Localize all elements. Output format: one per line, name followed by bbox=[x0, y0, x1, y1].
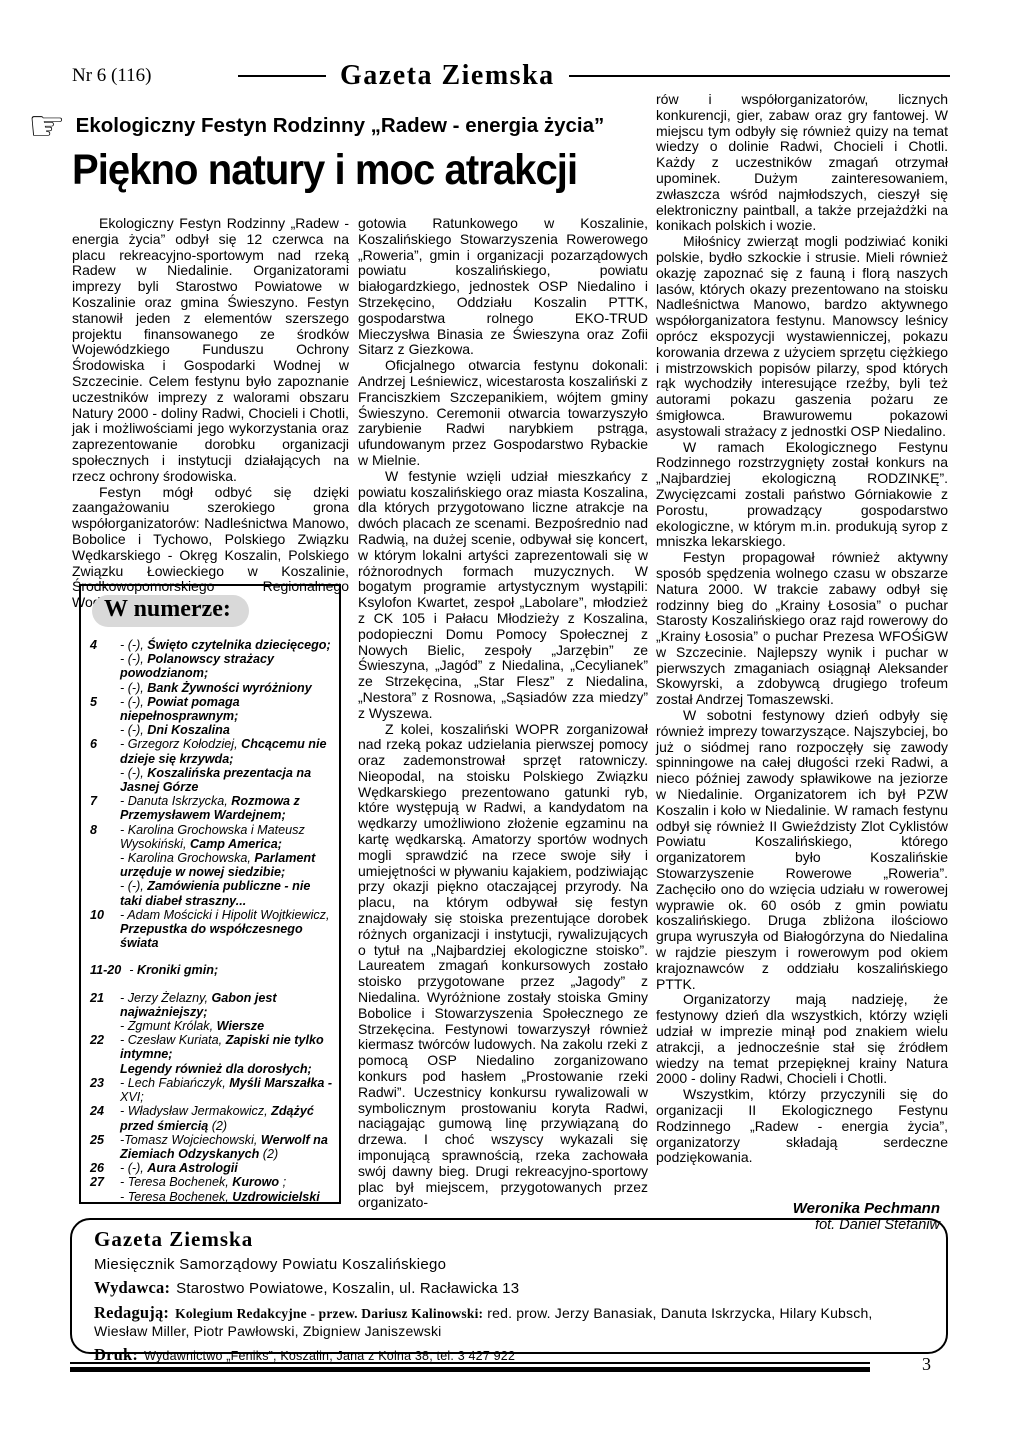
page-number: 3 bbox=[922, 1354, 931, 1375]
article-byline: Weronika Pechmann bbox=[656, 1200, 948, 1217]
toc-entry: - (-), Zamówienia publiczne - nie taki d… bbox=[90, 879, 333, 907]
toc-page-number: 21 bbox=[90, 991, 120, 1019]
toc-entry: - (-), Bank Żywności wyróżniony bbox=[90, 681, 333, 695]
toc-article-title: Bank Żywności wyróżniony bbox=[147, 681, 311, 695]
toc-entry: 8 - Karolina Grochowska i Mateusz Wysoki… bbox=[90, 823, 333, 851]
masthead-rule-right bbox=[569, 75, 950, 77]
toc-entry-text: Legendy również dla dorosłych; bbox=[120, 1062, 333, 1076]
toc-article-title: Kroniki gmin; bbox=[137, 963, 218, 977]
bottom-rule bbox=[70, 1362, 870, 1372]
toc-page-number bbox=[90, 851, 120, 879]
toc-page-number: 23 bbox=[90, 1076, 120, 1104]
toc-entry-text: - (-), Powiat pomaga niepełnosprawnym; bbox=[120, 695, 333, 723]
toc-page-number: 25 bbox=[90, 1133, 120, 1161]
toc-author: -Tomasz Wojciechowski, bbox=[120, 1133, 257, 1147]
toc-entry-text: - Adam Mościcki i Hipolit Wojtkiewicz, P… bbox=[120, 908, 333, 951]
toc-entry-text: -Tomasz Wojciechowski, Werwolf na Ziemia… bbox=[120, 1133, 333, 1161]
toc-entry-text: - (-), Bank Żywności wyróżniony bbox=[120, 681, 333, 695]
article-column-1: Ekologiczny Festyn Rodzinny „Radew - ene… bbox=[72, 216, 349, 611]
toc-page-number: 11-20 bbox=[90, 963, 121, 977]
toc-page-number: 22 bbox=[90, 1033, 120, 1061]
toc-entry: 25 -Tomasz Wojciechowski, Werwolf na Zie… bbox=[90, 1133, 333, 1161]
toc-article-title: Święto czytelnika dziecięcego; bbox=[147, 638, 330, 652]
article-paragraph: gotowia Ratunkowego w Koszalinie, Koszal… bbox=[358, 216, 648, 358]
article-paragraph: rów i współorganizatorów, licznych konku… bbox=[656, 92, 948, 234]
toc-page-number: 4 bbox=[90, 638, 120, 652]
toc-article-title: Camp America; bbox=[190, 837, 282, 851]
article-paragraph: Oficjalnego otwarcia festynu dokonali: A… bbox=[358, 358, 648, 469]
toc-page-number: 26 bbox=[90, 1161, 120, 1175]
toc-entry: - (-), Koszalińska prezentacja na Jasnej… bbox=[90, 766, 333, 794]
toc-entry-text: - (-), Święto czytelnika dziecięcego; bbox=[120, 638, 333, 652]
article-kicker: Ekologiczny Festyn Rodzinny „Radew - ene… bbox=[76, 114, 605, 138]
toc-entry: 10 - Adam Mościcki i Hipolit Wojtkiewicz… bbox=[90, 908, 333, 951]
toc-entry: - Zgmunt Królak, Wiersze bbox=[90, 1019, 333, 1033]
toc-entry: 6 - Grzegorz Kołodziej, Chcącemu nie dzi… bbox=[90, 737, 333, 765]
toc-entry: 24 - Władysław Jermakowicz, Zdążyć przed… bbox=[90, 1104, 333, 1132]
toc-entry: 27 - Teresa Bochenek, Kurowo ; bbox=[90, 1175, 333, 1189]
toc-suffix: ; bbox=[283, 1175, 287, 1189]
toc-entry-text: - Władysław Jermakowicz, Zdążyć przed śm… bbox=[120, 1104, 333, 1132]
toc-author: - Lech Fabiańczyk, bbox=[120, 1076, 226, 1090]
toc-article-title: Kurowo bbox=[232, 1175, 279, 1189]
toc-entry-text: - (-), Aura Astrologii bbox=[120, 1161, 333, 1175]
toc-page-number: 6 bbox=[90, 737, 120, 765]
toc-article-title: Wiersze bbox=[217, 1019, 265, 1033]
toc-page-number: 24 bbox=[90, 1104, 120, 1132]
article-paragraph: Organizatorzy mają nadzieję, że festynow… bbox=[656, 992, 948, 1087]
toc-entry-text: - Grzegorz Kołodziej, Chcącemu nie dziej… bbox=[120, 737, 333, 765]
toc-entry: - (-), Dni Koszalina bbox=[90, 723, 333, 737]
toc-page-number bbox=[90, 723, 120, 737]
imprint-publisher-line: Wydawca:Starostwo Powiatowe, Koszalin, u… bbox=[94, 1278, 926, 1298]
toc-article-title: Polanowscy strażacy powodzianom; bbox=[120, 652, 274, 680]
toc-author: - (-), bbox=[120, 1161, 144, 1175]
toc-author: - Grzegorz Kołodziej, bbox=[120, 737, 238, 751]
toc-page-number bbox=[90, 1190, 120, 1204]
toc-entry-text: - Czesław Kuriata, Zapiski nie tylko int… bbox=[120, 1033, 333, 1061]
article-paragraph: Festyn propagował również aktywny sposób… bbox=[656, 550, 948, 708]
bottom-rule-thick bbox=[70, 1367, 870, 1372]
article-paragraph: W ramach Ekologicznego Festynu Rodzinneg… bbox=[656, 440, 948, 551]
toc-author: - (-), bbox=[120, 681, 144, 695]
toc-author: - Czesław Kuriata, bbox=[120, 1033, 222, 1047]
toc-entry: 11-20 - Kroniki gmin; bbox=[90, 963, 333, 977]
toc-page-number bbox=[90, 1062, 120, 1076]
toc-page-number: 5 bbox=[90, 695, 120, 723]
article-paragraph: W sobotni festynowy dzień odbyły się rów… bbox=[656, 708, 948, 992]
article-paragraph: Miłośnicy zwierząt mogli podziwiać konik… bbox=[656, 234, 948, 439]
toc-article-title: Zamówienia publiczne - nie taki diabeł s… bbox=[120, 879, 310, 907]
toc-author: - (-), bbox=[120, 766, 144, 780]
publisher-label: Wydawca: bbox=[94, 1278, 170, 1297]
toc-article-title: Dni Koszalina bbox=[147, 723, 230, 737]
toc-entry-text: - (-), Polanowscy strażacy powodzianom; bbox=[120, 652, 333, 680]
toc-entry: - Karolina Grochowska, Parlament urzęduj… bbox=[90, 851, 333, 879]
toc-author: - Teresa Bochenek, bbox=[120, 1175, 229, 1189]
article-column-3: rów i współorganizatorów, licznych konku… bbox=[656, 92, 948, 1233]
toc-box: W numerze: 4 - (-), Święto czytelnika dz… bbox=[79, 584, 341, 1204]
toc-author: - Adam Mościcki i Hipolit Wojtkiewicz, bbox=[120, 908, 329, 922]
toc-entry: 22 - Czesław Kuriata, Zapiski nie tylko … bbox=[90, 1033, 333, 1061]
article-paragraph: W festynie wzięli udział mieszkańcy z po… bbox=[358, 469, 648, 722]
toc-author: - Karolina Grochowska, bbox=[120, 851, 251, 865]
toc-entry: 26 - (-), Aura Astrologii bbox=[90, 1161, 333, 1175]
toc-page-number: 27 bbox=[90, 1175, 120, 1189]
article-column-2: gotowia Ratunkowego w Koszalinie, Koszal… bbox=[358, 216, 648, 1211]
toc-article-title: Koszalińska prezentacja na Jasnej Górze bbox=[120, 766, 311, 794]
toc-article-title: Aura Astrologii bbox=[147, 1161, 238, 1175]
toc-page-number: 7 bbox=[90, 794, 120, 822]
editors-label: Redagują: bbox=[94, 1303, 169, 1322]
toc-entry-text: - Kroniki gmin; bbox=[129, 963, 333, 977]
toc-entry-text: - (-), Dni Koszalina bbox=[120, 723, 333, 737]
toc-entry: 21 - Jerzy Żelazny, Gabon jest najważnie… bbox=[90, 991, 333, 1019]
toc-author: - Władysław Jermakowicz, bbox=[120, 1104, 268, 1118]
toc-entry-text: - Zgmunt Królak, Wiersze bbox=[120, 1019, 333, 1033]
toc-author: - (-), bbox=[120, 652, 144, 666]
toc-author: - bbox=[129, 963, 133, 977]
toc-author: - Danuta Iskrzycka, bbox=[120, 794, 228, 808]
toc-entry: Legendy również dla dorosłych; bbox=[90, 1062, 333, 1076]
toc-author: - Jerzy Żelazny, bbox=[120, 991, 208, 1005]
imprint-title: Gazeta Ziemska bbox=[94, 1227, 926, 1252]
toc-entry: 7 - Danuta Iskrzycka, Rozmowa z Przemysł… bbox=[90, 794, 333, 822]
toc-entry-text: - Karolina Grochowska i Mateusz Wysokińs… bbox=[120, 823, 333, 851]
toc-author: - (-), bbox=[120, 695, 144, 709]
toc-entry-text: - Lech Fabiańczyk, Myśli Marszałka - XVI… bbox=[120, 1076, 333, 1104]
article-paragraph: Wszystkim, którzy przyczynili się do org… bbox=[656, 1087, 948, 1166]
toc-entry: 4 - (-), Święto czytelnika dziecięcego; bbox=[90, 638, 333, 652]
imprint-box: Gazeta Ziemska Miesięcznik Samorządowy P… bbox=[70, 1218, 948, 1354]
toc-page-number bbox=[90, 879, 120, 907]
print-text: Wydawnictwo „Feniks”, Koszalin, Jana z K… bbox=[144, 1349, 515, 1363]
toc-page-number bbox=[90, 681, 120, 695]
toc-entry: 23 - Lech Fabiańczyk, Myśli Marszałka - … bbox=[90, 1076, 333, 1104]
toc-article-title: Legendy również dla dorosłych; bbox=[120, 1062, 312, 1076]
imprint-subtitle: Miesięcznik Samorządowy Powiatu Koszaliń… bbox=[94, 1256, 926, 1273]
toc-page-number bbox=[90, 766, 120, 794]
toc-author: - (-), bbox=[120, 638, 144, 652]
masthead-rule-left bbox=[238, 75, 326, 77]
toc-list: 4 - (-), Święto czytelnika dziecięcego; … bbox=[90, 638, 333, 1204]
newspaper-page: Nr 6 (116) Gazeta Ziemska ☞ Ekologiczny … bbox=[0, 0, 1020, 1443]
article-headline: Piękno natury i moc atrakcji bbox=[72, 146, 577, 195]
toc-suffix: XVI; bbox=[120, 1090, 144, 1104]
toc-entry: - (-), Polanowscy strażacy powodzianom; bbox=[90, 652, 333, 680]
article-kicker-row: ☞ Ekologiczny Festyn Rodzinny „Radew - e… bbox=[28, 104, 604, 148]
toc-page-number bbox=[90, 652, 120, 680]
toc-entry-text: - Teresa Bochenek, Uzdrowicielski symbol… bbox=[120, 1190, 333, 1204]
toc-page-number bbox=[90, 1019, 120, 1033]
toc-article-title: Myśli Marszałka - bbox=[229, 1076, 332, 1090]
toc-author: - (-), bbox=[120, 879, 144, 893]
editors-board: Kolegium Redakcyjne - przew. Dariusz Kal… bbox=[175, 1306, 483, 1321]
toc-entry-text: - Teresa Bochenek, Kurowo ; bbox=[120, 1175, 333, 1189]
toc-entry: 5 - (-), Powiat pomaga niepełnosprawnym; bbox=[90, 695, 333, 723]
toc-suffix: (2) bbox=[212, 1119, 227, 1133]
toc-title: W numerze: bbox=[92, 595, 249, 627]
toc-page-number: 8 bbox=[90, 823, 120, 851]
toc-entry-text: - Karolina Grochowska, Parlament urzęduj… bbox=[120, 851, 333, 879]
toc-author: - Teresa Bochenek, bbox=[120, 1190, 229, 1204]
article-paragraph: Ekologiczny Festyn Rodzinny „Radew - ene… bbox=[72, 216, 349, 485]
toc-article-title: Przepustka do współczesnego świata bbox=[120, 922, 303, 950]
bottom-rule-thin bbox=[70, 1362, 870, 1364]
toc-entry-text: - Jerzy Żelazny, Gabon jest najważniejsz… bbox=[120, 991, 333, 1019]
toc-entry-text: - (-), Koszalińska prezentacja na Jasnej… bbox=[120, 766, 333, 794]
toc-page-number: 10 bbox=[90, 908, 120, 951]
toc-suffix: (2) bbox=[263, 1147, 278, 1161]
pointing-hand-icon: ☞ bbox=[28, 104, 66, 148]
masthead-title: Gazeta Ziemska bbox=[326, 60, 569, 92]
imprint-editors-line: Redagują:Kolegium Redakcyjne - przew. Da… bbox=[94, 1303, 926, 1340]
toc-entry-text: - (-), Zamówienia publiczne - nie taki d… bbox=[120, 879, 333, 907]
article-paragraph: Z kolei, koszaliński WOPR zorganizował n… bbox=[358, 722, 648, 1212]
article-column-3-paragraphs: rów i współorganizatorów, licznych konku… bbox=[656, 92, 948, 1166]
toc-author: - (-), bbox=[120, 723, 144, 737]
publisher-text: Starostwo Powiatowe, Koszalin, ul. Racła… bbox=[176, 1280, 519, 1297]
issue-number: Nr 6 (116) bbox=[72, 65, 232, 87]
toc-entry-text: - Danuta Iskrzycka, Rozmowa z Przemysław… bbox=[120, 794, 333, 822]
toc-author: - Zgmunt Królak, bbox=[120, 1019, 213, 1033]
page-header: Nr 6 (116) Gazeta Ziemska bbox=[72, 60, 950, 92]
toc-entry: - Teresa Bochenek, Uzdrowicielski symbol… bbox=[90, 1190, 333, 1204]
